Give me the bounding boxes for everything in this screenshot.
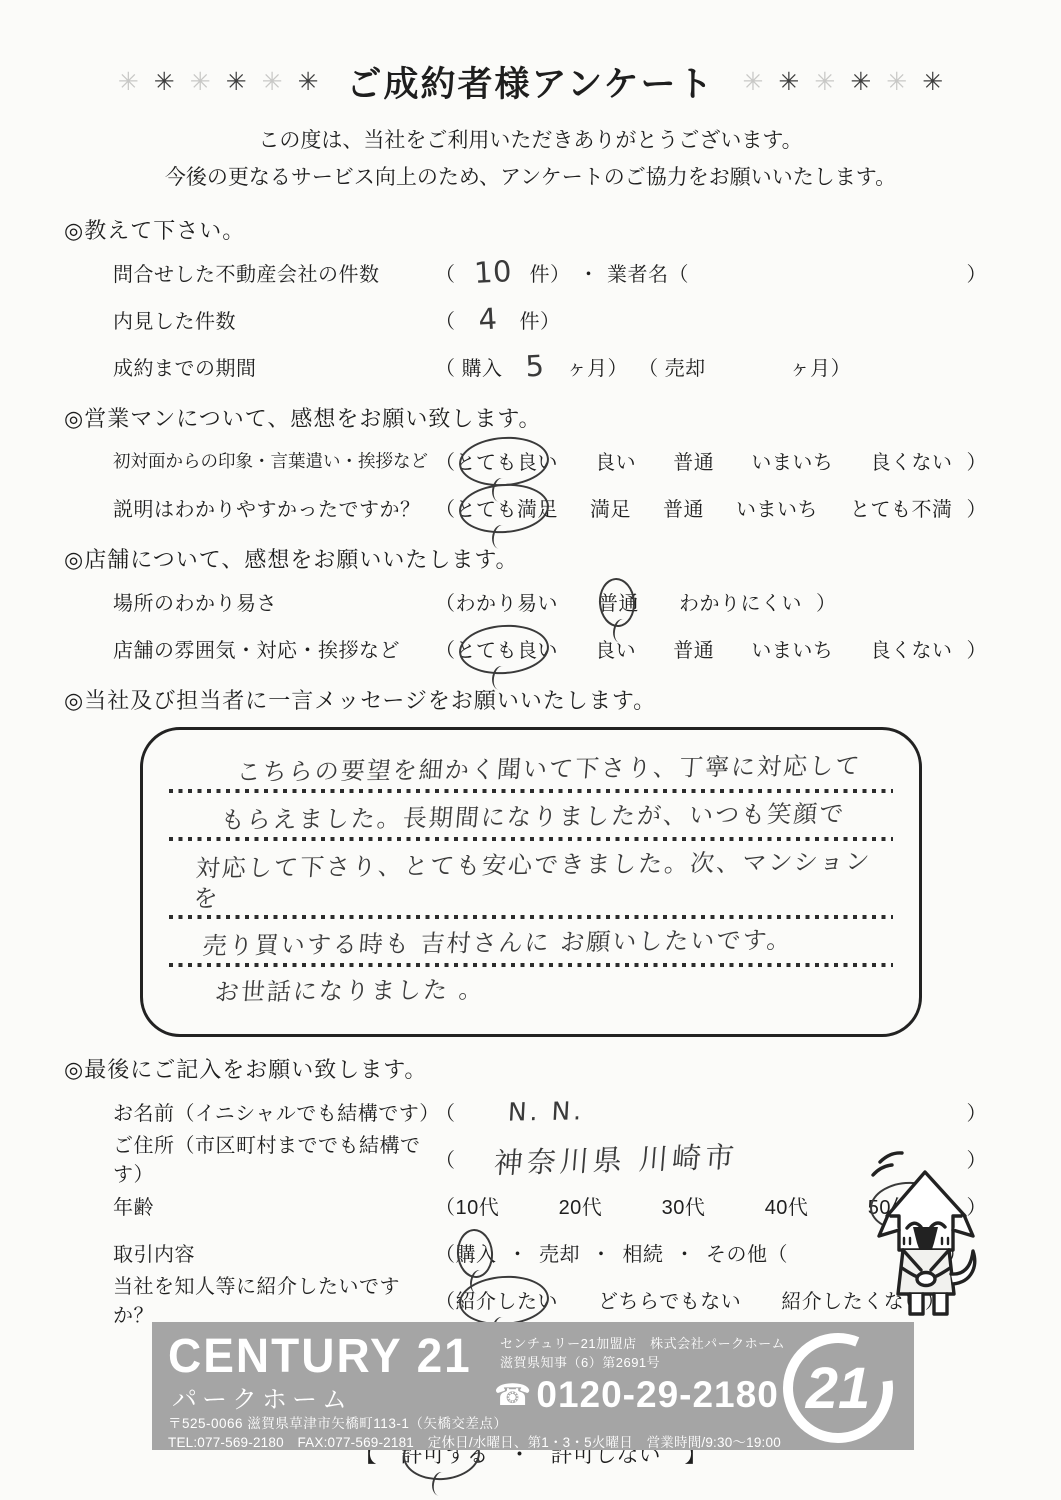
asterisk-icon: ✳ — [850, 70, 871, 95]
option-5[interactable]: 良くない — [871, 634, 953, 663]
referral-label: 当社を知人等に紹介したいですか？ — [113, 1270, 435, 1328]
open-paren: （ — [435, 1144, 456, 1173]
viewing-count-label: 内見した件数 — [113, 305, 435, 334]
first-impression-label: 初対面からの印象・言葉遣い・挨拶など — [113, 448, 435, 473]
intro-line-1: この度は、当社をご利用いただきありがとうございます。 — [0, 122, 1061, 159]
message-line-1: こちらの要望を細かく聞いて下さり、丁寧に対応して — [179, 754, 883, 793]
row-atmosphere: 店舗の雰囲気・対応・挨拶など （ とても良い良い普通いまいち良くない ） — [0, 628, 1061, 668]
open-paren: （ — [435, 258, 456, 287]
option-3[interactable]: 普通 — [673, 634, 714, 663]
handwritten-text: もらえました。長期間になりましたが、いつも笑顔で — [219, 799, 846, 836]
dog-mascot-illustration — [850, 1142, 1002, 1318]
open-paren: （ — [435, 493, 456, 522]
option-separator: ・ — [508, 1238, 529, 1267]
sales-heading: ◎営業マンについて、感想をお願い致します。 — [64, 402, 1061, 433]
option-4[interactable]: その他（ — [706, 1238, 788, 1267]
option-3[interactable]: 普通 — [663, 493, 704, 522]
handwritten-text: お世話になりました 。 — [213, 975, 485, 1008]
close-paren: ） — [816, 587, 837, 616]
open-paren: （ — [435, 305, 456, 334]
option-1[interactable]: とても良い — [456, 446, 559, 475]
row-contract-period: 成約までの期間 （ 購入 5 ヶ月） （ 売却 ヶ月） — [0, 346, 1061, 386]
months-unit: ヶ月） — [790, 352, 852, 381]
answer-purchase-months: 5 — [502, 347, 568, 384]
page-title: ご成約者様アンケート — [347, 57, 715, 107]
option-2[interactable]: 良い — [595, 446, 636, 475]
asterisk-icon: ✳ — [922, 70, 943, 95]
open-paren: （ — [435, 634, 456, 663]
option-4[interactable]: 40代 — [765, 1191, 809, 1220]
footer-band: CENTURY 21 パークホーム センチュリー21加盟店 株式会社パークホーム… — [152, 1322, 914, 1450]
asterisk-icon: ✳ — [262, 70, 283, 95]
shop-heading: ◎店舗について、感想をお願いいたします。 — [64, 543, 1061, 574]
survey-page: ✳✳✳✳✳✳ ご成約者様アンケート ✳✳✳✳✳✳ この度は、当社をご利用いただき… — [0, 0, 1061, 1500]
option-2[interactable]: どちらでもない — [598, 1285, 741, 1314]
handwritten-text: 売り買いする時も 吉村さんに お願いしたいです。 — [201, 925, 793, 961]
asterisk-icon: ✳ — [298, 70, 319, 95]
atmosphere-options: とても良い良い普通いまいち良くない — [456, 634, 967, 663]
option-5[interactable]: 良くない — [871, 446, 953, 475]
section-shop: ◎店舗について、感想をお願いいたします。 場所のわかり易さ （ わかり易い普通わ… — [0, 543, 1061, 668]
option-2[interactable]: 普通 — [598, 587, 639, 616]
name-label: お名前（イニシャルでも結構です） — [113, 1097, 435, 1126]
option-2[interactable]: 20代 — [559, 1191, 603, 1220]
tell-us-heading: ◎教えて下さい。 — [64, 214, 1061, 245]
final-heading: ◎最後にご記入をお願い致します。 — [64, 1053, 1061, 1084]
title-stars-left: ✳✳✳✳✳✳ — [118, 70, 319, 95]
option-3[interactable]: わかりにくい — [679, 587, 802, 616]
open-paren: （ — [435, 1238, 456, 1267]
dog-mascot-icon — [850, 1142, 1002, 1318]
open-paren: （ — [435, 1191, 456, 1220]
option-1[interactable]: とても満足 — [456, 493, 559, 522]
location-options: わかり易い普通わかりにくい — [456, 587, 803, 616]
option-1[interactable]: わかり易い — [456, 587, 559, 616]
asterisk-icon: ✳ — [742, 70, 763, 95]
option-2[interactable]: 満足 — [590, 493, 631, 522]
store-contact-hours: TEL:077-569-2180 FAX:077-569-2181 定休日/水曜… — [168, 1431, 781, 1450]
logo-21-text: 21 — [805, 1356, 871, 1421]
explanation-label: 説明はわかりやすかったですか？ — [113, 493, 435, 522]
row-location: 場所のわかり易さ （ わかり易い普通わかりにくい ） — [0, 581, 1061, 621]
franchise-info: センチュリー21加盟店 株式会社パークホーム 滋賀県知事（6）第2691号 — [500, 1334, 785, 1372]
page-title-row: ✳✳✳✳✳✳ ご成約者様アンケート ✳✳✳✳✳✳ — [0, 56, 1061, 108]
contract-period-label: 成約までの期間 — [113, 352, 435, 381]
intro-line-2: 今後の更なるサービス向上のため、アンケートのご協力をお願いいたします。 — [0, 159, 1061, 196]
unit-label: 件） — [520, 305, 561, 334]
row-inquiry-count: 問合せした不動産会社の件数 （ 10 件） ・ 業者名（ ） — [0, 252, 1061, 292]
option-2[interactable]: 売却 — [539, 1238, 580, 1267]
unit-label: 件） — [530, 258, 571, 287]
answer-address: 神奈川県 川崎市 — [492, 1134, 739, 1181]
section-tell-us: ◎教えて下さい。 問合せした不動産会社の件数 （ 10 件） ・ 業者名（ ） … — [0, 214, 1061, 386]
close-paren: ） — [967, 258, 988, 287]
phone-icon: ☎ — [494, 1378, 532, 1413]
message-line-4: 売り買いする時も 吉村さんに お願いしたいです。 — [179, 928, 883, 967]
message-box[interactable]: こちらの要望を細かく聞いて下さり、丁寧に対応して もらえました。長期間になりまし… — [140, 727, 922, 1037]
middle-dot: ・ — [579, 258, 600, 287]
franchise-line-2: 滋賀県知事（6）第2691号 — [500, 1353, 785, 1372]
transaction-label: 取引内容 — [113, 1238, 435, 1267]
section-sales-person: ◎営業マンについて、感想をお願い致します。 初対面からの印象・言葉遣い・挨拶など… — [0, 402, 1061, 527]
age-label: 年齢 — [113, 1191, 435, 1220]
location-label: 場所のわかり易さ — [113, 587, 435, 616]
option-2[interactable]: 良い — [595, 634, 636, 663]
asterisk-icon: ✳ — [814, 70, 835, 95]
asterisk-icon: ✳ — [190, 70, 211, 95]
century21-logo-icon: 21 — [774, 1324, 904, 1448]
option-separator: ・ — [591, 1238, 612, 1267]
century21-brand: CENTURY 21 — [168, 1327, 472, 1384]
address-label: ご住所（市区町村まででも結構です） — [113, 1129, 435, 1187]
title-stars-right: ✳✳✳✳✳✳ — [742, 70, 943, 95]
sale-open-paren: （ 売却 — [638, 352, 706, 381]
explanation-options: とても満足満足普通いまいちとても不満 — [456, 493, 967, 522]
purchase-open-paren: （ 購入 — [435, 352, 503, 381]
option-1[interactable]: 紹介したい — [456, 1285, 559, 1314]
close-paren: ） — [967, 634, 988, 663]
open-paren: （ — [435, 446, 456, 475]
option-1[interactable]: とても良い — [456, 634, 559, 663]
asterisk-icon: ✳ — [886, 70, 907, 95]
store-name: パークホーム — [172, 1380, 352, 1416]
row-name: お名前（イニシャルでも結構です） （ N. N. ） — [0, 1091, 1061, 1131]
option-4[interactable]: いまいち — [751, 634, 833, 663]
option-separator: ・ — [675, 1238, 696, 1267]
asterisk-icon: ✳ — [118, 70, 139, 95]
open-paren: （ — [435, 1285, 456, 1314]
message-heading: ◎当社及び担当者に一言メッセージをお願いいたします。 — [64, 684, 1061, 715]
answer-viewing-count: 4 — [455, 300, 521, 337]
option-3[interactable]: 30代 — [662, 1191, 706, 1220]
section-message: ◎当社及び担当者に一言メッセージをお願いいたします。 こちらの要望を細かく聞いて… — [0, 684, 1061, 1037]
option-3[interactable]: 普通 — [673, 446, 714, 475]
atmosphere-label: 店舗の雰囲気・対応・挨拶など — [113, 634, 435, 663]
months-unit: ヶ月） — [567, 352, 629, 381]
answer-inquiry-count: 10 — [455, 253, 531, 291]
handwritten-text: 対応して下さり、とても安心できました。次、マンションを — [192, 846, 881, 913]
phone-number: ☎ 0120-29-2180 — [494, 1374, 779, 1416]
close-paren: ） — [967, 1097, 988, 1126]
row-explanation: 説明はわかりやすかったですか？ （ とても満足満足普通いまいちとても不満 ） — [0, 487, 1061, 527]
transaction-options: 購入・売却・相続・その他（ — [456, 1238, 789, 1267]
close-paren: ） — [967, 493, 988, 522]
option-3[interactable]: 相続 — [623, 1238, 664, 1267]
option-1[interactable]: 購入 — [456, 1238, 497, 1267]
open-paren: （ — [435, 587, 456, 616]
option-4[interactable]: いまいち — [736, 493, 818, 522]
phone-digits: 0120-29-2180 — [536, 1374, 778, 1416]
message-line-5: お世話になりました 。 — [179, 976, 883, 1015]
agent-name-label: 業者名（ — [607, 258, 689, 287]
first-impression-options: とても良い良い普通いまいち良くない — [456, 446, 967, 475]
answer-name: N. N. — [507, 1096, 585, 1126]
asterisk-icon: ✳ — [154, 70, 175, 95]
option-4[interactable]: いまいち — [751, 446, 833, 475]
inquiry-count-label: 問合せした不動産会社の件数 — [113, 258, 435, 287]
option-1[interactable]: 10代 — [456, 1191, 500, 1220]
franchise-line-1: センチュリー21加盟店 株式会社パークホーム — [500, 1334, 785, 1353]
asterisk-icon: ✳ — [778, 70, 799, 95]
handwritten-text: こちらの要望を細かく聞いて下さり、丁寧に対応して — [235, 751, 862, 788]
close-paren: ） — [967, 446, 988, 475]
message-line-2: もらえました。長期間になりましたが、いつも笑顔で — [179, 802, 883, 841]
message-line-3: 対応して下さり、とても安心できました。次、マンションを — [179, 850, 883, 919]
open-paren: （ — [435, 1097, 456, 1126]
store-address: 〒525-0066 滋賀県草津市矢橋町113-1（矢橋交差点） — [168, 1412, 507, 1432]
row-first-impression: 初対面からの印象・言葉遣い・挨拶など （ とても良い良い普通いまいち良くない ） — [0, 440, 1061, 480]
asterisk-icon: ✳ — [226, 70, 247, 95]
row-viewing-count: 内見した件数 （ 4 件） — [0, 299, 1061, 339]
option-5[interactable]: とても不満 — [850, 493, 953, 522]
